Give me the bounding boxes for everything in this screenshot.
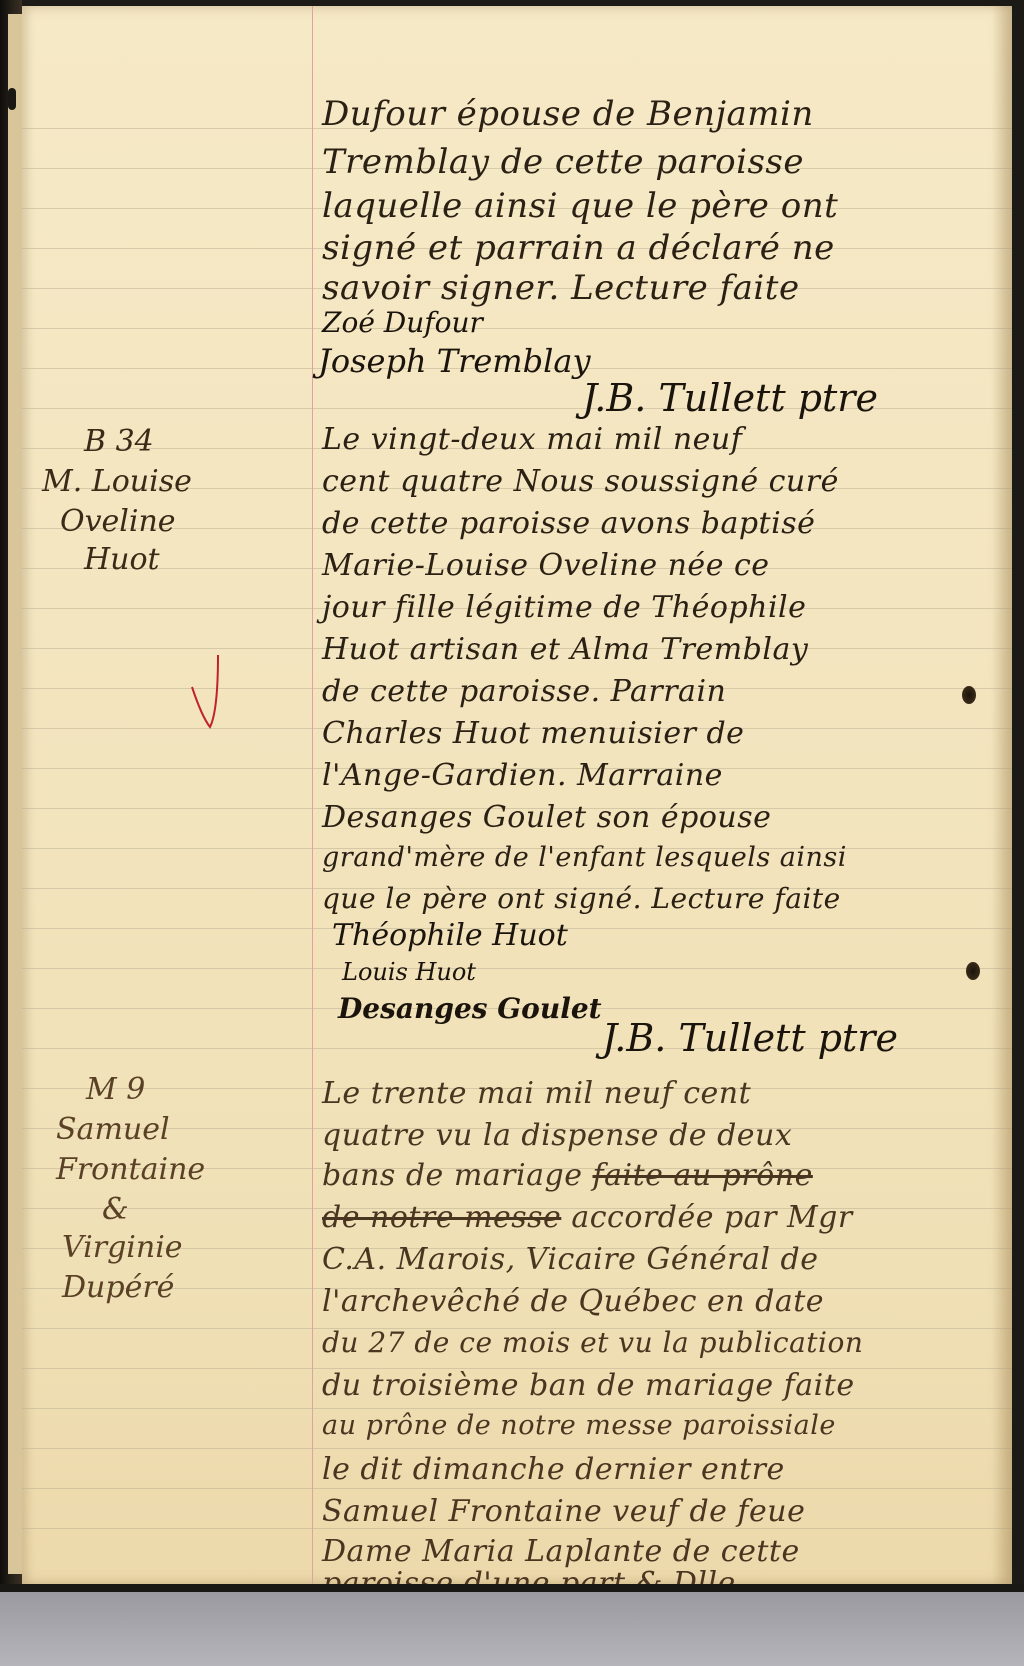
text-line: savoir signer. Lecture faite (322, 268, 800, 308)
text-line: Huot artisan et Alma Tremblay (322, 632, 808, 667)
text-line: Desanges Goulet son épouse (322, 800, 771, 835)
check-mark-icon (190, 651, 230, 731)
text-line: l'archevêché de Québec en date (322, 1284, 824, 1319)
text-line: cent quatre Nous soussigné curé (322, 464, 839, 499)
signature: Joseph Tremblay (318, 342, 591, 380)
text-line: de notre messe accordée par Mgr (322, 1200, 853, 1235)
punch-hole (962, 686, 976, 704)
text-line: Tremblay de cette paroisse (322, 142, 804, 182)
register-page: Dufour épouse de Benjamin Tremblay de ce… (22, 6, 1012, 1584)
margin-line (312, 6, 313, 1584)
signature: Zoé Dufour (322, 306, 483, 339)
text-line: Charles Huot menuisier de (322, 716, 744, 751)
text-line: Marie-Louise Oveline née ce (322, 548, 770, 583)
text-line: du troisième ban de mariage faite (322, 1368, 855, 1403)
text-line: Dufour épouse de Benjamin (322, 94, 814, 134)
text-line: C.A. Marois, Vicaire Général de (322, 1242, 818, 1277)
text-line: laquelle ainsi que le père ont (322, 186, 838, 226)
margin-note: Dupéré (62, 1270, 174, 1305)
text-line: Le trente mai mil neuf cent (322, 1076, 751, 1111)
margin-note: Oveline (60, 504, 176, 539)
text-line: l'Ange-Gardien. Marraine (322, 758, 723, 793)
text-line: bans de mariage faite au prône (322, 1158, 813, 1193)
margin-note: Frontaine (56, 1152, 205, 1187)
signature: Desanges Goulet (338, 992, 602, 1025)
text-line: Dame Maria Laplante de cette (322, 1534, 800, 1569)
text-line: du 27 de ce mois et vu la publication (322, 1326, 863, 1359)
scanner-background (0, 1584, 1024, 1666)
text-line: quatre vu la dispense de deux (322, 1118, 792, 1153)
text-line: signé et parrain a déclaré ne (322, 228, 835, 268)
margin-note: M. Louise (42, 464, 192, 499)
margin-note: Huot (84, 542, 160, 577)
text-line: jour fille légitime de Théophile (322, 590, 806, 625)
margin-note: & (102, 1192, 129, 1227)
punch-hole (966, 962, 980, 980)
margin-note: M 9 (86, 1072, 145, 1107)
page-edge (8, 14, 23, 1574)
margin-note: Virginie (62, 1230, 183, 1265)
text-line: Samuel Frontaine veuf de feue (322, 1494, 805, 1529)
priest-signature: J.B. Tullett ptre (582, 376, 878, 420)
signature: Louis Huot (342, 958, 476, 986)
margin-note: B 34 (84, 424, 154, 459)
text-line: que le père ont signé. Lecture faite (322, 882, 841, 915)
signature: Théophile Huot (332, 918, 568, 953)
text-line: le dit dimanche dernier entre (322, 1452, 785, 1487)
text-line: au prône de notre messe paroissiale (322, 1410, 836, 1441)
binding-clip (8, 88, 16, 110)
text-line: de cette paroisse avons baptisé (322, 506, 815, 541)
text-line: de cette paroisse. Parrain (322, 674, 726, 709)
margin-note: Samuel (56, 1112, 170, 1147)
text-line: Le vingt-deux mai mil neuf (322, 422, 742, 457)
priest-signature: J.B. Tullett ptre (602, 1016, 898, 1060)
text-line: grand'mère de l'enfant lesquels ainsi (322, 842, 847, 873)
